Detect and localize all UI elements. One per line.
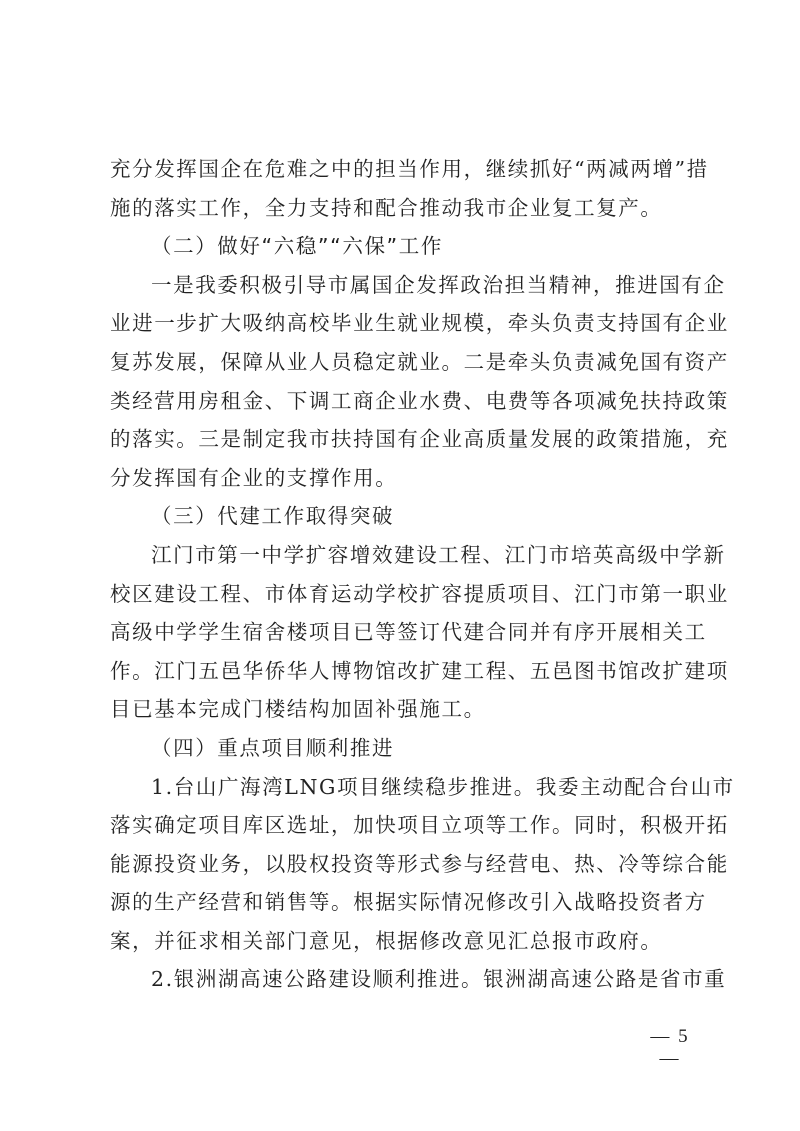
paragraph-line: 作。江门五邑华侨华人博物馆改扩建工程、五邑图书馆改扩建项 [110,652,700,691]
paragraph-line: 案，并征求相关部门意见，根据修改意见汇总报市政府。 [110,922,700,961]
paragraph-line: 源的生产经营和销售等。根据实际情况修改引入战略投资者方 [110,883,700,922]
paragraph-line: 高级中学学生宿舍楼项目已等签订代建合同并有序开展相关工 [110,613,700,652]
paragraph-line: 江门市第一中学扩容增效建设工程、江门市培英高级中学新 [110,536,700,575]
paragraph-line: 的落实。三是制定我市扶持国有企业高质量发展的政策措施，充 [110,420,700,459]
section-heading-2: （二）做好“六稳”“六保”工作 [110,227,700,266]
paragraph-line: 类经营用房租金、下调工商企业水费、电费等各项减免扶持政策 [110,382,700,421]
paragraph-line: 2.银洲湖高速公路建设顺利推进。银洲湖高速公路是省市重 [110,960,700,999]
paragraph-line: 业进一步扩大吸纳高校毕业生就业规模，牵头负责支持国有企业 [110,304,700,343]
document-page: 充分发挥国企在危难之中的担当作用，继续抓好“两减两增”措 施的落实工作，全力支持… [0,0,800,1131]
page-number: — 5 — [640,1026,700,1070]
paragraph-line: 复苏发展，保障从业人员稳定就业。二是牵头负责减免国有资产 [110,343,700,382]
paragraph-line: 校区建设工程、市体育运动学校扩容提质项目、江门市第一职业 [110,575,700,614]
paragraph-line: 充分发挥国企在危难之中的担当作用，继续抓好“两减两增”措 [110,150,700,189]
paragraph-line: 1.台山广海湾LNG项目继续稳步推进。我委主动配合台山市 [110,768,700,807]
section-heading-3: （三）代建工作取得突破 [110,497,700,536]
document-body: 充分发挥国企在危难之中的担当作用，继续抓好“两减两增”措 施的落实工作，全力支持… [110,150,700,999]
paragraph-line: 分发挥国有企业的支撑作用。 [110,459,700,498]
paragraph-line: 落实确定项目库区选址，加快项目立项等工作。同时，积极开拓 [110,806,700,845]
paragraph-line: 施的落实工作，全力支持和配合推动我市企业复工复产。 [110,189,700,228]
paragraph-line: 一是我委积极引导市属国企发挥政治担当精神，推进国有企 [110,266,700,305]
paragraph-line: 目已基本完成门楼结构加固补强施工。 [110,690,700,729]
section-heading-4: （四）重点项目顺利推进 [110,729,700,768]
paragraph-line: 能源投资业务，以股权投资等形式参与经营电、热、冷等综合能 [110,845,700,884]
